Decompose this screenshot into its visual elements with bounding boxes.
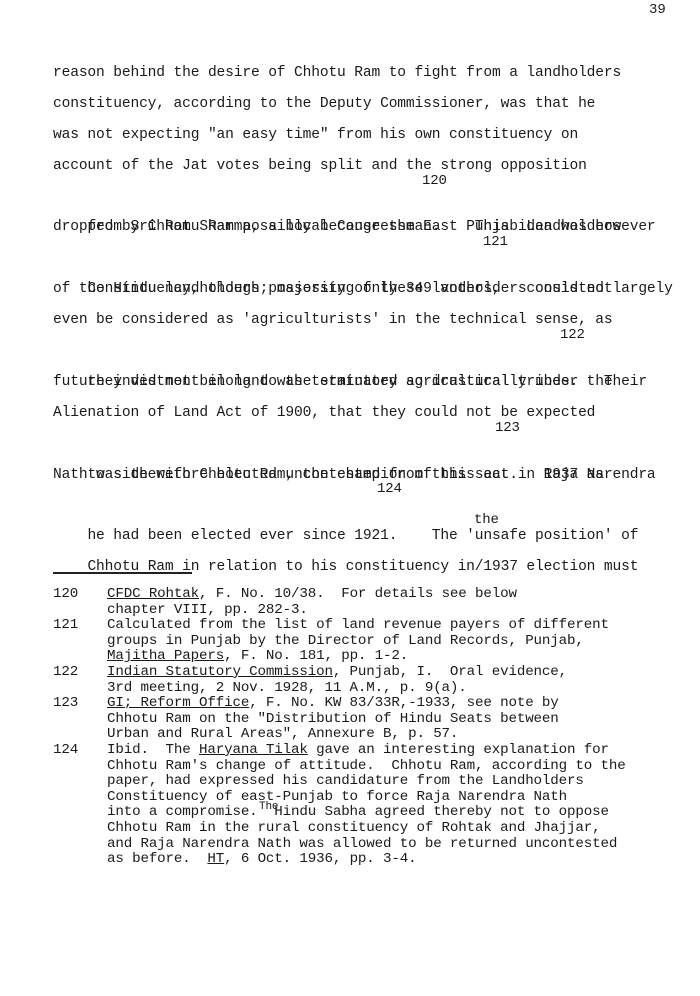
footnote-text: gave an interesting explanation for [308, 742, 609, 758]
source-title: Haryana Tilak [199, 742, 308, 758]
body-line: constituency, according to the Deputy Co… [53, 89, 693, 120]
body-line: Alienation of Land Act of 1900, that the… [53, 398, 693, 429]
footnote-120: 120 CFDC Rohtak, F. No. 10/38. For detai… [53, 587, 693, 618]
footnote-122: 122 Indian Statutory Commission, Punjab,… [53, 665, 693, 696]
footnote-text: Chhotu Ram in the rural constituency of … [107, 820, 600, 836]
body-line-wrap: he had been elected ever since 1921. The… [53, 490, 693, 521]
body-line-wrap: Constituency, though possessing only 349… [53, 243, 693, 274]
footnote-number: 123 [53, 696, 93, 712]
body-text: reason behind the desire of Chhotu Ram t… [53, 58, 693, 552]
footnote-text: , F. No. KW 83/33R,-1933, see note by [249, 695, 558, 711]
footnote-text: into a compromise. Hindu Sabha agreed th… [107, 804, 609, 820]
body-line: of the Hindu landholders; majority of th… [53, 274, 693, 305]
body-line: was not expecting "an easy time" from hi… [53, 120, 693, 151]
body-line: Nath was therefore elected uncontested f… [53, 460, 693, 491]
source-title: Majitha Papers [107, 648, 224, 664]
source-title: Indian Statutory Commission [107, 664, 333, 680]
footnote-121: 121 Calculated from the list of land rev… [53, 618, 693, 665]
body-line-wrap: to side with Chhotu Ram, the champion of… [53, 429, 693, 460]
footnote-text: , Punjab, I. Oral evidence, [333, 664, 567, 680]
page-number: 39 [649, 2, 666, 18]
footnote-text: chapter VIII, pp. 282-3. [107, 602, 308, 618]
source-title: HT [207, 851, 224, 867]
body-line: account of the Jat votes being split and… [53, 151, 693, 182]
body-line-wrap: from Sri Ram Sharma, a local Congressman… [53, 182, 693, 213]
footnote-text: 3rd meeting, 2 Nov. 1928, 11 A.M., p. 9(… [107, 680, 467, 696]
footnote-text: as before. [107, 851, 207, 867]
body-line: reason behind the desire of Chhotu Ram t… [53, 58, 693, 89]
footnote-text: , 6 Oct. 1936, pp. 3-4. [224, 851, 416, 867]
footnote-text: and Raja Narendra Nath was allowed to be… [107, 836, 617, 852]
footnote-text: , F. No. 10/38. For details see below [199, 586, 517, 602]
footnote-text: Ibid. The [107, 742, 199, 758]
body-line-wrap: they did not belong to the statutory agr… [53, 336, 693, 367]
footnote-text: Constituency of east-Punjab to force Raj… [107, 789, 567, 805]
footnote-text: paper, had expressed his candidature fro… [107, 773, 584, 789]
footnote-ref-123: 123 [495, 421, 520, 435]
footnote-ref-124: 124 [377, 482, 402, 496]
footnote-number: 124 [53, 743, 93, 759]
inserted-word: the [474, 513, 499, 527]
footnote-separator [53, 572, 192, 574]
footnote-text: Chhotu Ram's change of attitude. Chhotu … [107, 758, 626, 774]
footnote-number: 121 [53, 618, 93, 634]
footnote-text: Chhotu Ram on the "Distribution of Hindu… [107, 711, 559, 727]
footnote-number: 122 [53, 665, 93, 681]
footnotes: 120 CFDC Rohtak, F. No. 10/38. For detai… [53, 587, 693, 868]
body-line-wrap: Chhotu Ram in relation to his constituen… [53, 521, 693, 552]
footnote-124: 124 Ibid. The Haryana Tilak gave an inte… [53, 743, 693, 868]
footnote-text: Urban and Rural Areas", Annexure B, p. 5… [107, 726, 458, 742]
footnote-123: 123 GI; Reform Office, F. No. KW 83/33R,… [53, 696, 693, 743]
footnote-ref-120: 120 [422, 174, 447, 188]
inserted-word: The [259, 802, 278, 813]
body-line: dropped by Chhotu Ram possibly because t… [53, 212, 693, 243]
footnote-ref-121: 121 [483, 235, 508, 249]
footnote-ref-122: 122 [560, 328, 585, 342]
source-title: CFDC Rohtak [107, 586, 199, 602]
body-line: future investment in land was terminated… [53, 367, 693, 398]
source-title: GI; Reform Office [107, 695, 249, 711]
body-line: even be considered as 'agriculturists' i… [53, 305, 693, 336]
footnote-text: groups in Punjab by the Director of Land… [107, 633, 584, 649]
footnote-text: , F. No. 181, pp. 1-2. [224, 648, 408, 664]
footnote-number: 120 [53, 587, 93, 603]
footnote-text: Calculated from the list of land revenue… [107, 617, 609, 633]
